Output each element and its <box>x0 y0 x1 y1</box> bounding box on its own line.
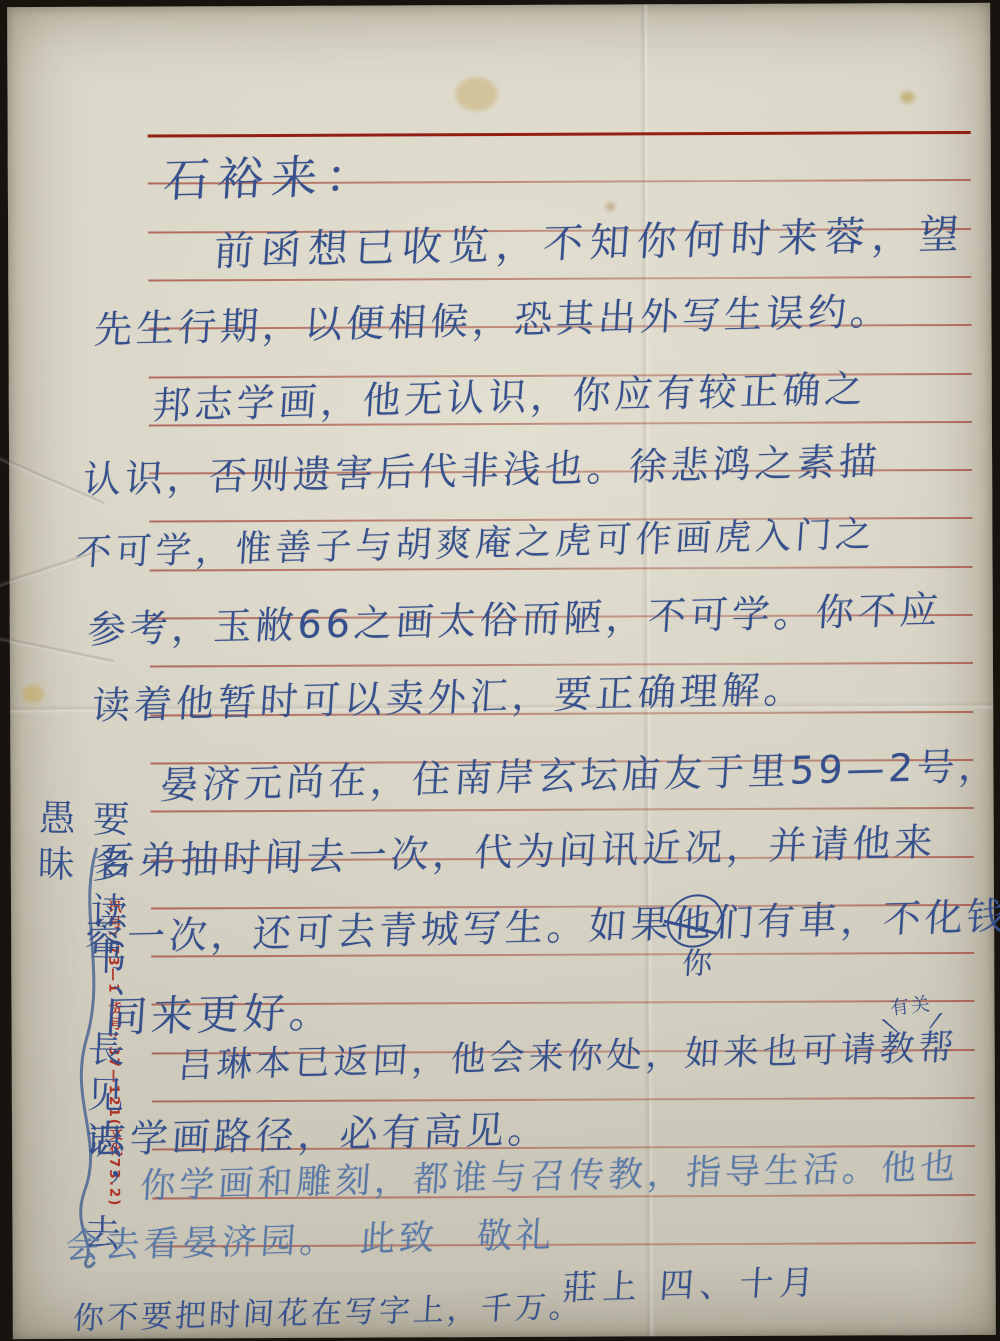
correction-character: 你 <box>681 938 714 983</box>
letter-line: 会去看晏济园。 此致 敬礼 <box>64 1207 557 1269</box>
letter-line: 先生行期，以便相候，恐其出外写生误约。 <box>93 280 894 354</box>
letter-line: 晏济元尚在，住南岸玄坛庙友于里59—2号， <box>159 735 1000 810</box>
stain <box>455 77 497 111</box>
letter-line: 吾弟抽时间去一次，代为问讯近况，并请他来 <box>95 811 938 886</box>
insertion-note: 有关 <box>887 989 935 1035</box>
letter-line: 读着他暂时可以卖外汇，要正确理解。 <box>90 658 807 730</box>
letter-line: 邦志学画，他无认识，你应有较正确之 <box>151 358 868 430</box>
stain <box>606 203 615 211</box>
letter-line: 参考，玉敝66之画太俗而陋，不可学。你不应 <box>86 579 944 654</box>
rule-line <box>151 807 974 813</box>
stain <box>22 685 44 703</box>
rule-line <box>152 1097 975 1103</box>
ruled-lines <box>7 3 990 7</box>
letter-line: 不可学，惟善子与胡爽庵之虎可作画虎入门之 <box>74 506 877 576</box>
letter-paper: 讯号: 73—1 货号: 37—121(文化73.2) 要多读书、長见识，去愚昧… <box>7 3 996 1339</box>
letter-line: 前函想已收览，不知你何时来蓉，望 <box>212 203 967 278</box>
stain <box>900 91 914 103</box>
letter-line: 认识，否则遗害后代非浅也。徐悲鸿之素描 <box>82 430 883 504</box>
letter-signature: 莊上 四、十月 <box>561 1255 821 1310</box>
letter-salutation: 石裕来： <box>161 139 381 210</box>
corrected-line-pre: 蓉一次，还可去青城写生。如果 <box>84 902 675 960</box>
corrected-line-post: 们有車，不化钱 <box>713 894 1000 945</box>
letter-postscript: 你不要把时间花在写字上，千万。 <box>72 1281 585 1338</box>
rule-line <box>148 131 971 138</box>
letter-line-corrected: 蓉一次，还可去青城写生。如果他们有車，不化钱 你 <box>84 885 1000 962</box>
